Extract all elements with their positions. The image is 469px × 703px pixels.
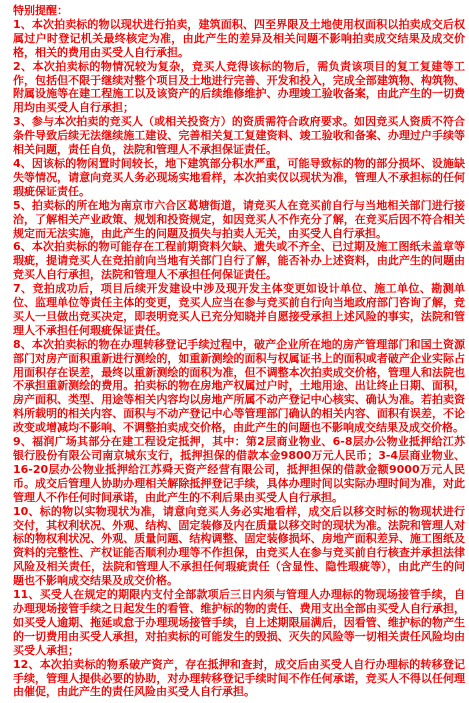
notice-item-9: 9、福润广场其部分在建工程设定抵押，其中：第2层商业物业、6-8层办公物业抵押给…: [13, 435, 465, 505]
notice-item-12: 12、本次拍卖标的物系破产资产，存在抵押和查封，成交后由买受人自行办理标的转移登…: [13, 658, 465, 700]
notice-item-5: 5、拍卖标的所在地为南京市六合区葛塘街道，请竞买人在竞买前自行与当地相关部门进行…: [13, 199, 465, 241]
notice-item-4: 4、因该标的物闲置时间较长，地下建筑部分积水严重，可能导致标的物的部分损坏、设施…: [13, 157, 465, 199]
notice-item-2: 2、本次拍卖标的物情况较为复杂，竞买人竞得该标的物后，需负责该项目的复工复建等工…: [13, 60, 465, 116]
special-reminder-document: 特别提醒： 1、本次拍卖标的物以现状进行拍卖，建筑面积、四至界限及土地使用权面积…: [0, 0, 469, 703]
notice-item-7: 7、竞拍成功后，项目后续开发建设中涉及现开发主体变更如设计单位、施工单位、勘测单…: [13, 282, 465, 338]
notice-title: 特别提醒：: [13, 4, 465, 18]
notice-item-6: 6、本次拍卖标的物可能存在工程前期资料欠缺、遗失或不齐全、已过期及施工图纸未盖章…: [13, 240, 465, 282]
notice-item-1: 1、本次拍卖标的物以现状进行拍卖，建筑面积、四至界限及土地使用权面积以拍卖成交后…: [13, 18, 465, 60]
notice-item-8: 8、本次拍卖标的物在办理转移登记手续过程中，破产企业所在地的房产管理部门和国土资…: [13, 338, 465, 435]
notice-item-10: 10、标的物以实物现状为准，请意向竞买人务必实地看样，成交后以移交时标的物现状进…: [13, 505, 465, 588]
notice-item-3: 3、参与本次拍卖的竞买人（或相关投资方）的资质需符合政府要求。如因竞买人资质不符…: [13, 115, 465, 157]
notice-item-11: 11、买受人在规定的期限内支付全部款项后三日内须与管理人办理标的物现场接管手续，…: [13, 588, 465, 658]
